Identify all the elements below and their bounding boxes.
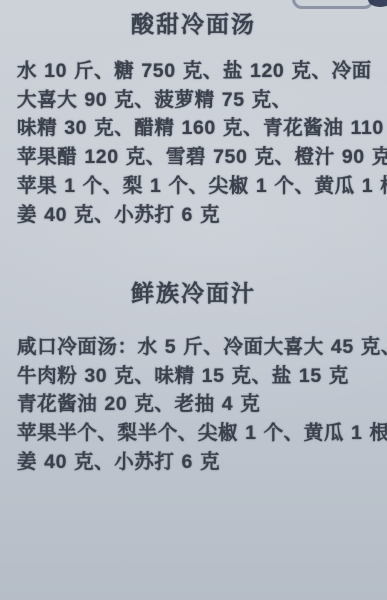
recipe-ingredients-korean-cold-noodle: 咸口冷面汤：水 5 斤、冷面大喜大 45 克、 牛肉粉 30 克、味精 15 克… bbox=[17, 333, 381, 477]
ingredient-line: 姜 40 克、小苏打 6 克 bbox=[17, 448, 381, 477]
ingredient-line: 苹果醋 120 克、雪碧 750 克、橙汁 90 克、 bbox=[17, 143, 381, 172]
recipe-ingredients-sweet-sour: 水 10 斤、糖 750 克、盐 120 克、冷面 大喜大 90 克、菠萝精 7… bbox=[17, 57, 381, 229]
ingredient-line: 苹果 1 个、梨 1 个、尖椒 1 个、黄瓜 1 根、 bbox=[17, 172, 381, 201]
ingredient-line: 青花酱油 20 克、老抽 4 克 bbox=[17, 390, 381, 419]
recipe-title-sweet-sour: 酸甜冷面汤 bbox=[0, 6, 387, 39]
ingredient-line: 苹果半个、梨半个、尖椒 1 个、黄瓜 1 根、 bbox=[17, 419, 381, 448]
ingredient-line: 味精 30 克、醋精 160 克、青花酱油 110 克、 bbox=[17, 114, 381, 143]
ingredient-line: 大喜大 90 克、菠萝精 75 克、 bbox=[17, 86, 381, 115]
recipe-paper-photo: 酸甜冷面汤 水 10 斤、糖 750 克、盐 120 克、冷面 大喜大 90 克… bbox=[0, 0, 387, 600]
ingredient-line: 牛肉粉 30 克、味精 15 克、盐 15 克 bbox=[17, 362, 381, 391]
ingredient-line: 姜 40 克、小苏打 6 克 bbox=[17, 201, 381, 230]
ingredient-line: 水 10 斤、糖 750 克、盐 120 克、冷面 bbox=[17, 57, 381, 86]
recipe-title-korean-cold-noodle: 鲜族冷面汁 bbox=[0, 275, 387, 308]
ingredient-line: 咸口冷面汤：水 5 斤、冷面大喜大 45 克、 bbox=[17, 333, 381, 362]
